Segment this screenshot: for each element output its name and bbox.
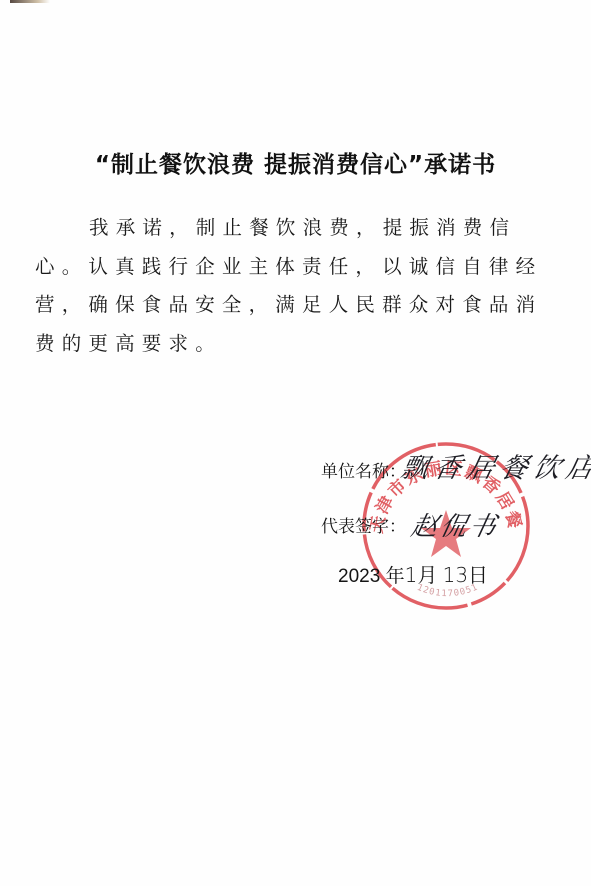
unit-name-label: 单位名称：: [321, 457, 406, 482]
date-month-suffix: 月: [417, 563, 437, 587]
document-title: “制止餐饮浪费 提振消费信心”承诺书: [0, 146, 591, 179]
commitment-paragraph: 我承诺，制止餐饮浪费，提振消费信心。认真践行企业主体责任，以诚信自律经营，确保食…: [35, 209, 551, 363]
date-year-suffix: 年: [386, 566, 405, 587]
date-year: 2023: [338, 566, 380, 587]
representative-signature: 赵侃书: [408, 506, 503, 543]
document-page: “制止餐饮浪费 提振消费信心”承诺书 我承诺，制止餐饮浪费，提振消费信心。认真践…: [0, 0, 591, 886]
unit-name-signature: 飘香居餐饮店: [398, 446, 591, 485]
commitment-body: 我承诺，制止餐饮浪费，提振消费信心。认真践行企业主体责任，以诚信自律经营，确保食…: [35, 209, 551, 363]
date-day-suffix: 日: [468, 563, 488, 587]
signing-date: 2023 年1月 13日: [338, 559, 488, 588]
scan-edge-artifact: [10, 0, 50, 3]
date-day: 13: [443, 563, 468, 587]
date-month: 1: [405, 563, 418, 587]
representative-label: 代表签字：: [321, 512, 406, 537]
